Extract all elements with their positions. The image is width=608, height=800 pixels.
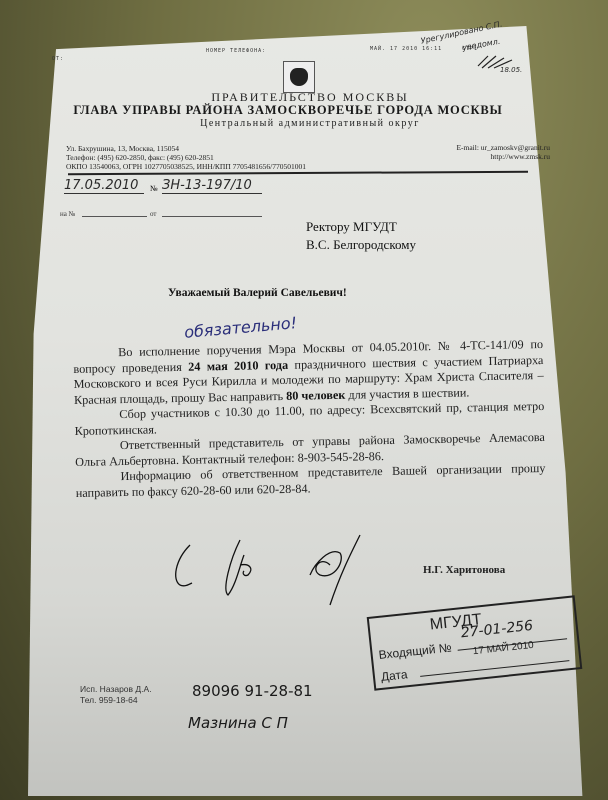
event-date: 24 мая 2010 года	[188, 357, 288, 373]
outgoing-number-sign: №	[150, 184, 158, 193]
handwritten-signature-icon	[170, 535, 370, 605]
addressee-name: В.С. Белгородскому	[306, 236, 416, 254]
letterhead-ids: ОКПО 13540063, ОГРН 1027705038525, ИНН/К…	[66, 162, 306, 171]
reference-number-line	[82, 216, 147, 217]
executor-phone: Тел. 959-18-64	[80, 695, 152, 706]
executor-name: Исп. Назаров Д.А.	[80, 684, 152, 695]
moscow-coat-of-arms-icon	[283, 61, 315, 93]
greeting: Уважаемый Валерий Савельевич!	[168, 287, 347, 299]
letterhead-district: Центральный административный округ	[150, 118, 470, 129]
addressee: Ректору МГУДТ В.С. Белгородскому	[306, 218, 416, 254]
body-text: для участия в шествии.	[345, 385, 469, 401]
stamp-date-value: 17 МАЙ 2010	[472, 640, 534, 657]
fax-phone-label: НОМЕР ТЕЛЕФОНА:	[206, 48, 266, 54]
participant-count: 80 человек	[286, 387, 345, 402]
outgoing-number: ЗН-13-197/10	[162, 178, 262, 194]
executor-info: Исп. Назаров Д.А. Тел. 959-18-64	[80, 684, 152, 706]
handwritten-name: Мазнина С П	[188, 714, 288, 732]
stamp-incoming-label: Входящий №	[378, 640, 452, 662]
signer-name: Н.Г. Харитонова	[423, 564, 505, 576]
body-paragraph-1: Во исполнение поручения Мэра Москвы от 0…	[73, 337, 544, 408]
outgoing-date: 17.05.2010	[64, 178, 144, 194]
letterhead-contacts: Ул. Бахрушина, 13, Москва, 115054 Телефо…	[66, 144, 306, 171]
reference-number-label: на №	[60, 210, 75, 218]
letter-body: Во исполнение поручения Мэра Москвы от 0…	[73, 337, 546, 501]
letterhead-address: Ул. Бахрушина, 13, Москва, 115054	[66, 144, 306, 153]
letterhead-online: E-mail: ur_zamoskv@granit.ru http://www.…	[396, 143, 550, 161]
letterhead-email: E-mail: ur_zamoskv@granit.ru	[396, 143, 550, 152]
handwritten-phone: 89096 91-28-81	[192, 682, 313, 700]
reference-date-line	[162, 216, 262, 217]
addressee-position: Ректору МГУДТ	[306, 218, 416, 236]
letterhead-web: http://www.zmsk.ru	[396, 152, 550, 161]
fax-datetime: МАЙ. 17 2010 16:11	[370, 46, 442, 52]
margin-scribble-icon	[478, 52, 518, 70]
letterhead-title: ГЛАВА УПРАВЫ РАЙОНА ЗАМОСКВОРЕЧЬЕ ГОРОДА…	[68, 103, 508, 118]
stamp-date-label: Дата	[380, 667, 408, 684]
reference-date-label: от	[150, 210, 156, 218]
letterhead-phone: Телефон: (495) 620-2850, факс: (495) 620…	[66, 153, 306, 162]
fax-from: ОТ:	[52, 56, 64, 62]
